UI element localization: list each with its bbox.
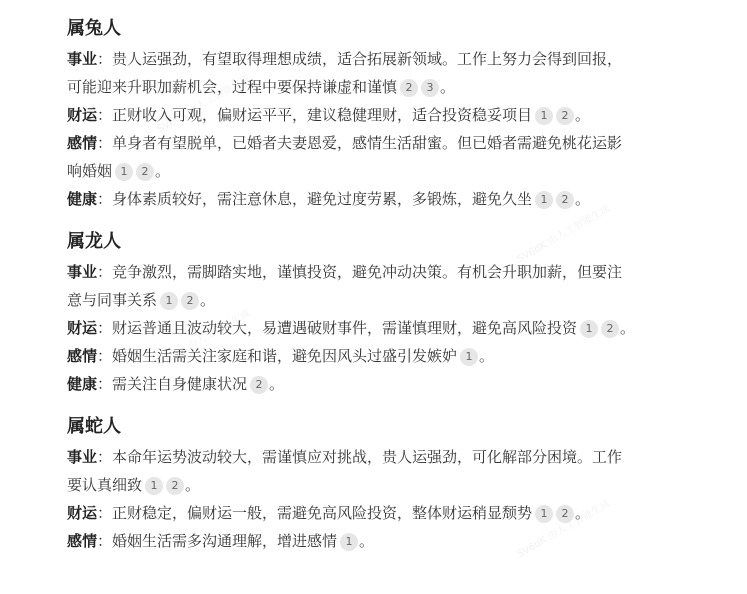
- item-text: 正财稳定，偏财运一般，需避免高风险投资，整体财运稍显颓势: [112, 504, 532, 522]
- section-dragon: 属龙人 事业：竞争激烈，需脚踏实地，谨慎投资，避免冲动决策。有机会升职加薪，但要…: [67, 227, 637, 398]
- citation-badge[interactable]: 1: [460, 348, 478, 366]
- item-wealth: 财运：正财收入可观，偏财运平平，建议稳健理财，适合投资稳妥项目12。: [67, 101, 637, 129]
- citation-badge[interactable]: 3: [421, 79, 439, 97]
- item-label: 事业: [67, 448, 97, 466]
- item-text: 财运普通且波动较大，易遭遇破财事件，需谨慎理财，避免高风险投资: [112, 319, 577, 337]
- item-label: 感情: [67, 134, 97, 152]
- citation-badge[interactable]: 2: [556, 191, 574, 209]
- citation-badge[interactable]: 2: [250, 376, 268, 394]
- item-love: 感情：单身者有望脱单，已婚者夫妻恩爱，感情生活甜蜜。但已婚者需避免桃花运影响婚姻…: [67, 129, 637, 185]
- item-text: 身体素质较好，需注意休息，避免过度劳累，多锻炼，避免久坐: [112, 190, 532, 208]
- item-wealth: 财运：正财稳定，偏财运一般，需避免高风险投资，整体财运稍显颓势12。: [67, 499, 637, 527]
- item-career: 事业：本命年运势波动较大，需谨慎应对挑战，贵人运强劲，可化解部分困境。工作要认真…: [67, 443, 637, 499]
- citation-badge[interactable]: 1: [535, 505, 553, 523]
- item-text: 婚姻生活需关注家庭和谐，避免因风头过盛引发嫉妒: [112, 347, 457, 365]
- item-label: 感情: [67, 532, 97, 550]
- item-career: 事业：贵人运强劲，有望取得理想成绩，适合拓展新领域。工作上努力会得到回报，可能迎…: [67, 45, 637, 101]
- citation-badge[interactable]: 1: [535, 107, 553, 125]
- item-label: 财运: [67, 504, 97, 522]
- citation-badge[interactable]: 2: [181, 292, 199, 310]
- item-text: 婚姻生活需多沟通理解，增进感情: [112, 532, 337, 550]
- section-title: 属兔人: [67, 14, 637, 44]
- item-label: 财运: [67, 106, 97, 124]
- citation-badge[interactable]: 1: [580, 320, 598, 338]
- item-career: 事业：竞争激烈，需脚踏实地，谨慎投资，避免冲动决策。有机会升职加薪，但要注意与同…: [67, 258, 637, 314]
- item-text: 需关注自身健康状况: [112, 375, 247, 393]
- citation-badge[interactable]: 2: [601, 320, 619, 338]
- section-title: 属龙人: [67, 227, 637, 257]
- item-label: 感情: [67, 347, 97, 365]
- item-text: 竞争激烈，需脚踏实地，谨慎投资，避免冲动决策。有机会升职加薪，但要注意与同事关系: [67, 263, 622, 309]
- section-rabbit: 属兔人 事业：贵人运强劲，有望取得理想成绩，适合拓展新领域。工作上努力会得到回报…: [67, 14, 637, 213]
- item-love: 感情：婚姻生活需关注家庭和谐，避免因风头过盛引发嫉妒1。: [67, 342, 637, 370]
- item-label: 健康: [67, 190, 97, 208]
- item-label: 事业: [67, 50, 97, 68]
- citation-badge[interactable]: 2: [556, 107, 574, 125]
- item-wealth: 财运：财运普通且波动较大，易遭遇破财事件，需谨慎理财，避免高风险投资12。: [67, 314, 637, 342]
- citation-badge[interactable]: 2: [166, 477, 184, 495]
- item-label: 事业: [67, 263, 97, 281]
- item-label: 财运: [67, 319, 97, 337]
- citation-badge[interactable]: 1: [535, 191, 553, 209]
- item-text: 正财收入可观，偏财运平平，建议稳健理财，适合投资稳妥项目: [112, 106, 532, 124]
- citation-badge[interactable]: 1: [115, 163, 133, 181]
- fortune-content: 属兔人 事业：贵人运强劲，有望取得理想成绩，适合拓展新领域。工作上努力会得到回报…: [67, 14, 637, 569]
- citation-badge[interactable]: 2: [400, 79, 418, 97]
- citation-badge[interactable]: 1: [340, 533, 358, 551]
- item-love: 感情：婚姻生活需多沟通理解，增进感情1。: [67, 527, 637, 555]
- citation-badge[interactable]: 2: [136, 163, 154, 181]
- section-snake: 属蛇人 事业：本命年运势波动较大，需谨慎应对挑战，贵人运强劲，可化解部分困境。工…: [67, 412, 637, 555]
- item-health: 健康：身体素质较好，需注意休息，避免过度劳累，多锻炼，避免久坐12。: [67, 185, 637, 213]
- citation-badge[interactable]: 2: [556, 505, 574, 523]
- citation-badge[interactable]: 1: [145, 477, 163, 495]
- item-text: 贵人运强劲，有望取得理想成绩，适合拓展新领域。工作上努力会得到回报，可能迎来升职…: [67, 50, 622, 96]
- section-title: 属蛇人: [67, 412, 637, 442]
- citation-badge[interactable]: 1: [160, 292, 178, 310]
- item-label: 健康: [67, 375, 97, 393]
- item-health: 健康：需关注自身健康状况2。: [67, 370, 637, 398]
